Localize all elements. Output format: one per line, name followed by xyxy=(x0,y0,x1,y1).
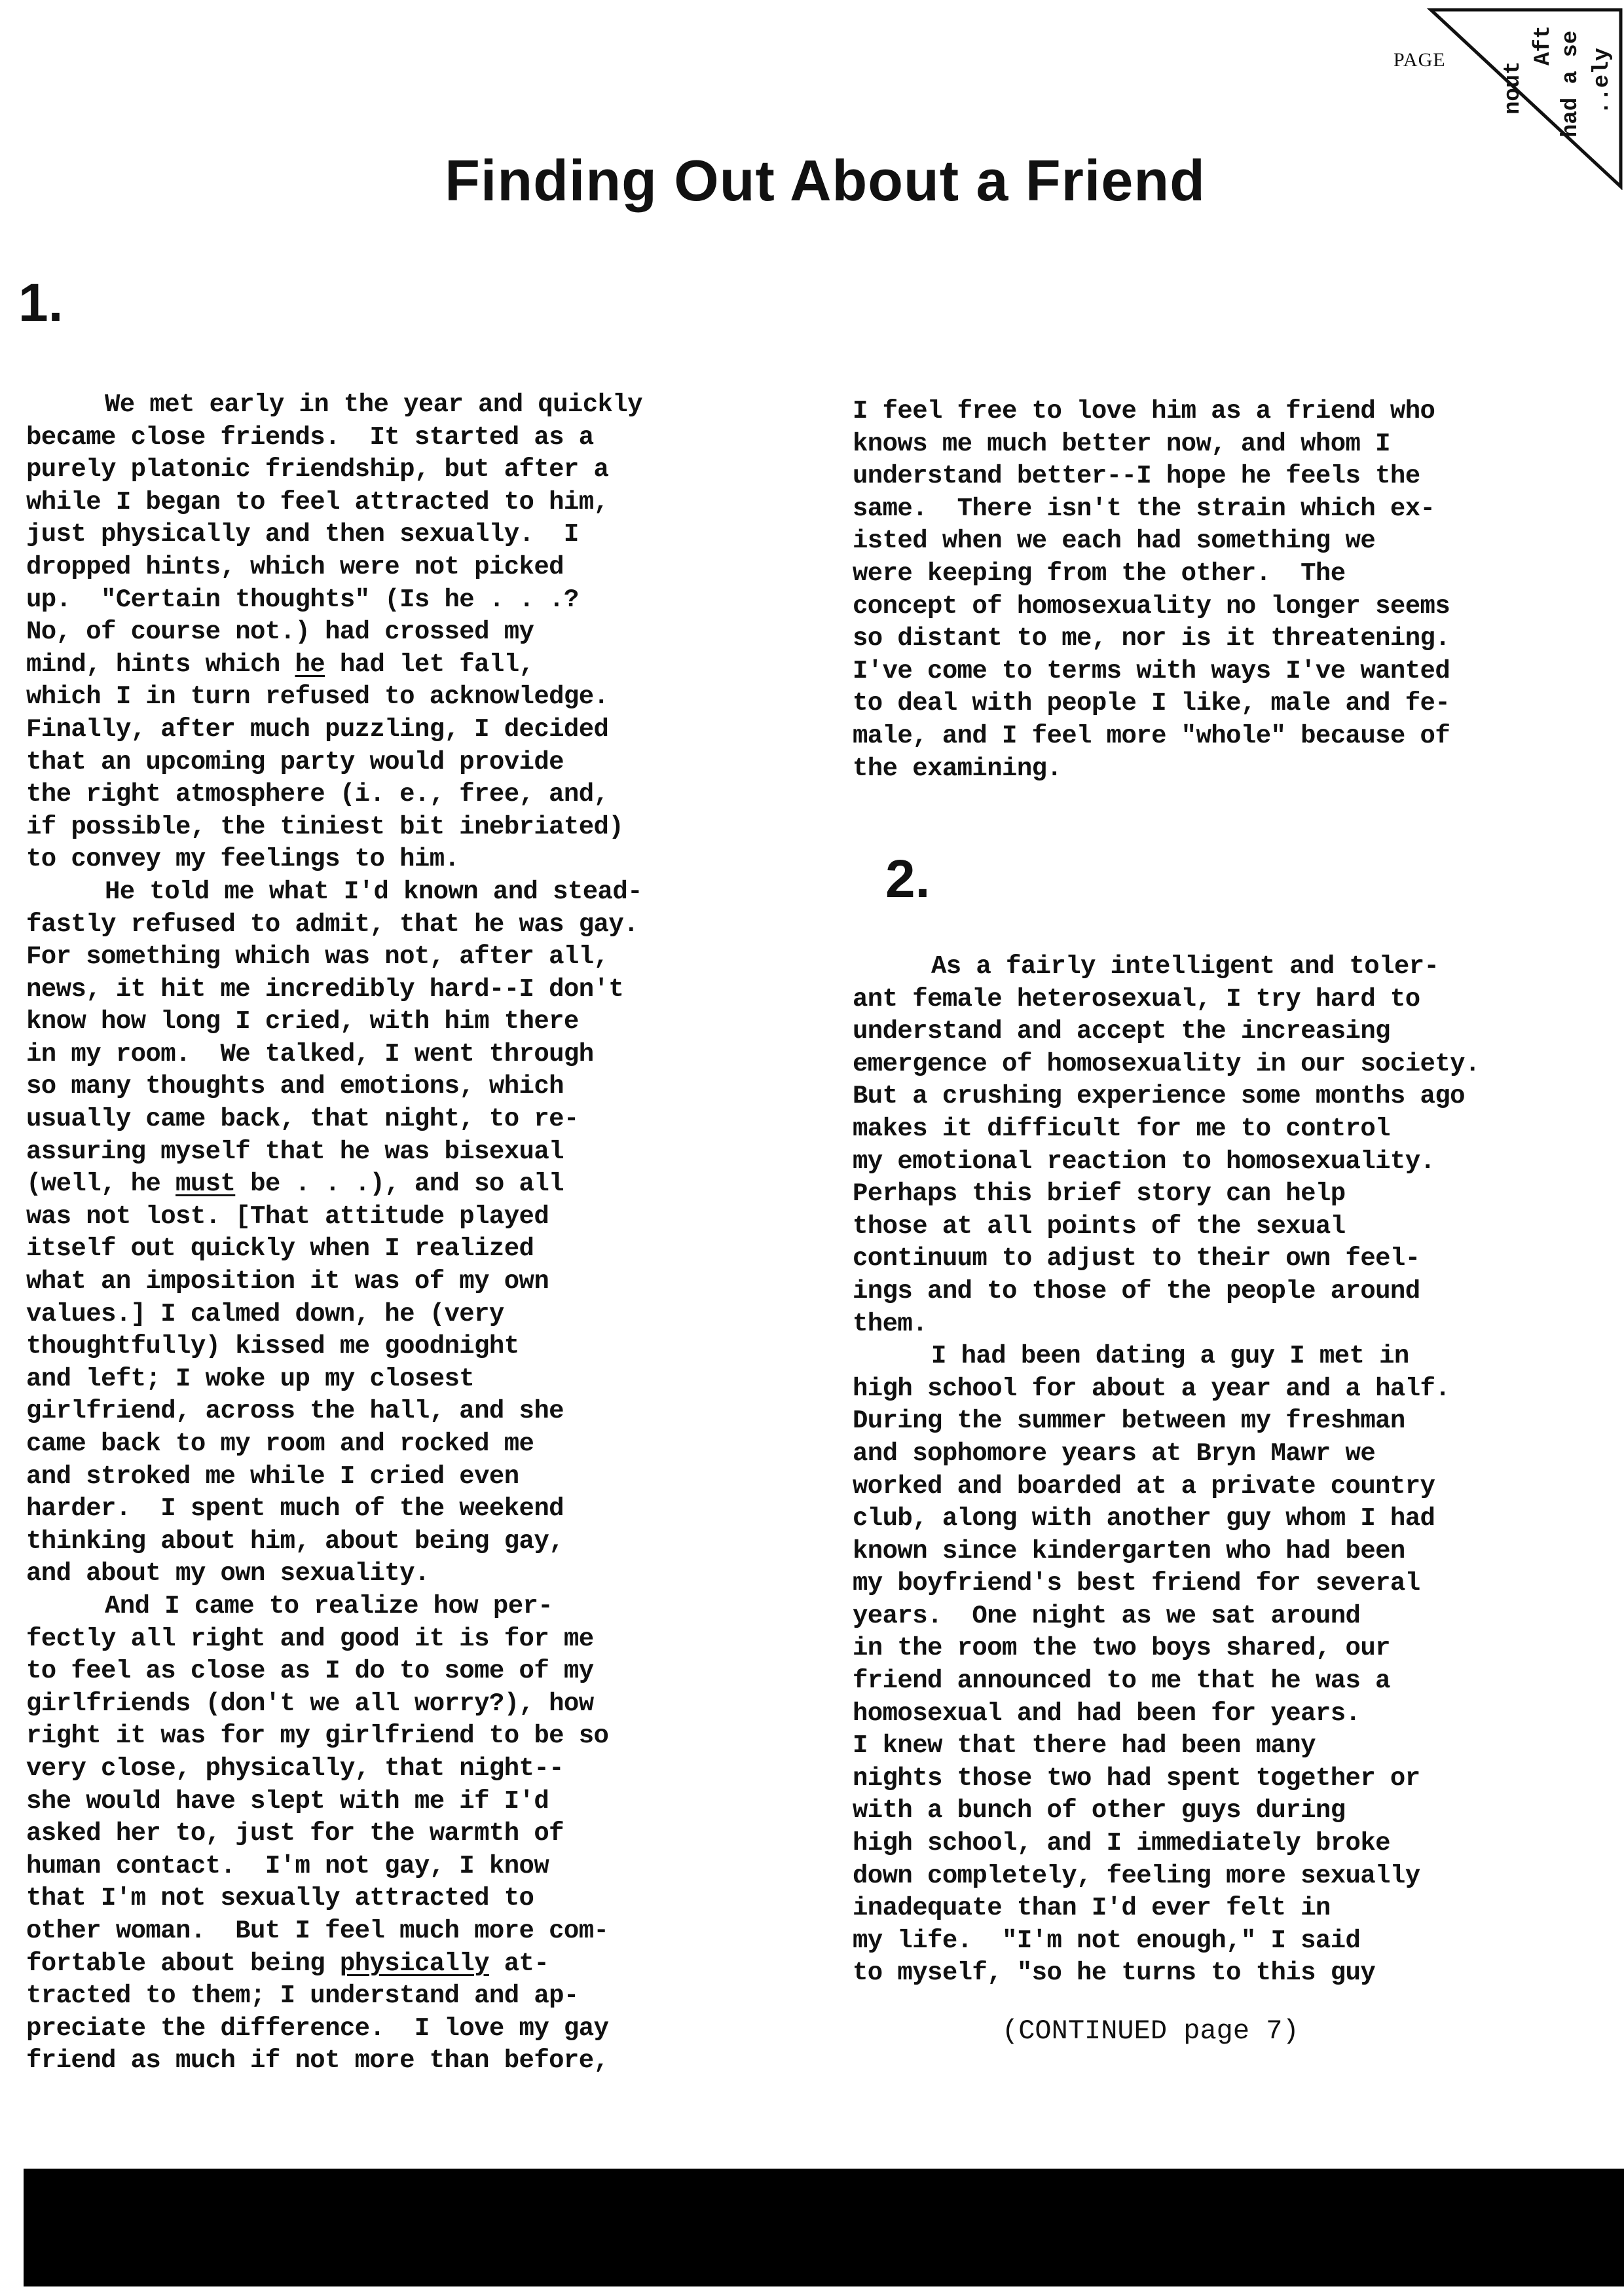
text-line: continuum to adjust to their own feel- xyxy=(853,1243,1480,1276)
text-line: human contact. I'm not gay, I know xyxy=(26,1850,642,1883)
text-line: fectly all right and good it is for me xyxy=(26,1623,642,1656)
text-line: years. One night as we sat around xyxy=(853,1600,1480,1633)
text-line: were keeping from the other. The xyxy=(853,558,1450,591)
underlined-word: he xyxy=(295,650,325,679)
text-line: values.] I calmed down, he (very xyxy=(26,1298,642,1331)
text-line: was not lost. [That attitude played xyxy=(26,1201,642,1234)
section-number-1: 1. xyxy=(18,276,63,330)
underlined-word: physically xyxy=(340,1949,489,1978)
page-label: PAGE xyxy=(1393,49,1446,71)
text-line: Finally, after much puzzling, I decided xyxy=(26,714,642,746)
text-line: I had been dating a guy I met in xyxy=(853,1340,1480,1373)
text-line: understand better--I hope he feels the xyxy=(853,460,1450,493)
left-column-text: We met early in the year and quicklybeca… xyxy=(26,389,642,2078)
text-line: girlfriends (don't we all worry?), how xyxy=(26,1688,642,1721)
text-line: purely platonic friendship, but after a xyxy=(26,454,642,487)
text-line: high school, and I immediately broke xyxy=(853,1827,1480,1860)
text-line: fortable about being physically at- xyxy=(26,1948,642,1981)
text-line: assuring myself that he was bisexual xyxy=(26,1136,642,1169)
continued-note: (CONTINUED page 7) xyxy=(1002,2015,1299,2047)
text-line: friend as much if not more than before, xyxy=(26,2045,642,2078)
text-line: homosexual and had been for years. xyxy=(853,1698,1480,1731)
page-title: Finding Out About a Friend xyxy=(0,147,1624,214)
corner-fold-text-4: ..ely xyxy=(1590,48,1615,115)
text-line: He told me what I'd known and stead- xyxy=(26,876,642,909)
text-line: so distant to me, nor is it threatening. xyxy=(853,623,1450,655)
corner-fold-text-3: had a se xyxy=(1559,31,1583,138)
text-line: nights those two had spent together or xyxy=(853,1763,1480,1795)
section-number-2: 2. xyxy=(885,853,930,906)
text-line: tracted to them; I understand and ap- xyxy=(26,1980,642,2013)
text-line: concept of homosexuality no longer seems xyxy=(853,591,1450,623)
text-line: the examining. xyxy=(853,753,1450,786)
text-line: them. xyxy=(853,1308,1480,1341)
right-column-section-2-text: As a fairly intelligent and toler-ant fe… xyxy=(853,951,1480,1990)
text-line: that I'm not sexually attracted to xyxy=(26,1882,642,1915)
corner-fold-text-1: nout xyxy=(1501,61,1526,115)
text-line: known since kindergarten who had been xyxy=(853,1535,1480,1568)
text-line: with a bunch of other guys during xyxy=(853,1795,1480,1827)
text-line: to feel as close as I do to some of my xyxy=(26,1655,642,1688)
text-line: know how long I cried, with him there xyxy=(26,1006,642,1038)
text-line: to myself, "so he turns to this guy xyxy=(853,1957,1480,1990)
text-line: right it was for my girlfriend to be so xyxy=(26,1720,642,1753)
text-line: to convey my feelings to him. xyxy=(26,843,642,876)
text-line: understand and accept the increasing xyxy=(853,1016,1480,1048)
text-line: just physically and then sexually. I xyxy=(26,519,642,551)
text-line: what an imposition it was of my own xyxy=(26,1266,642,1298)
text-line: No, of course not.) had crossed my xyxy=(26,616,642,649)
text-line: if possible, the tiniest bit inebriated) xyxy=(26,811,642,844)
text-line: news, it hit me incredibly hard--I don't xyxy=(26,974,642,1006)
text-line: male, and I feel more "whole" because of xyxy=(853,720,1450,753)
text-line: ant female heterosexual, I try hard to xyxy=(853,983,1480,1016)
text-line: to deal with people I like, male and fe- xyxy=(853,688,1450,720)
text-line: while I began to feel attracted to him, xyxy=(26,487,642,519)
text-line: in my room. We talked, I went through xyxy=(26,1038,642,1071)
text-line: fastly refused to admit, that he was gay… xyxy=(26,909,642,942)
text-line: those at all points of the sexual xyxy=(853,1211,1480,1243)
text-line: asked her to, just for the warmth of xyxy=(26,1818,642,1850)
text-line: other woman. But I feel much more com- xyxy=(26,1915,642,1948)
text-line: We met early in the year and quickly xyxy=(26,389,642,422)
text-line: makes it difficult for me to control xyxy=(853,1113,1480,1146)
text-line: itself out quickly when I realized xyxy=(26,1233,642,1266)
text-line: inadequate than I'd ever felt in xyxy=(853,1892,1480,1925)
text-line: and about my own sexuality. xyxy=(26,1558,642,1590)
text-line: But a crushing experience some months ag… xyxy=(853,1080,1480,1113)
text-line: And I came to realize how per- xyxy=(26,1590,642,1623)
text-line: dropped hints, which were not picked xyxy=(26,551,642,584)
text-line: preciate the difference. I love my gay xyxy=(26,2013,642,2046)
right-column-section-1-end: I feel free to love him as a friend whok… xyxy=(853,395,1450,785)
text-line: thoughtfully) kissed me goodnight xyxy=(26,1331,642,1363)
text-line: very close, physically, that night-- xyxy=(26,1753,642,1786)
text-line: my life. "I'm not enough," I said xyxy=(853,1925,1480,1958)
text-line: up. "Certain thoughts" (Is he . . .? xyxy=(26,584,642,617)
text-line: usually came back, that night, to re- xyxy=(26,1103,642,1136)
text-line: so many thoughts and emotions, which xyxy=(26,1071,642,1103)
text-line: the right atmosphere (i. e., free, and, xyxy=(26,779,642,811)
text-line: For something which was not, after all, xyxy=(26,941,642,974)
text-line: became close friends. It started as a xyxy=(26,422,642,454)
text-line: and left; I woke up my closest xyxy=(26,1363,642,1396)
text-line: girlfriend, across the hall, and she xyxy=(26,1395,642,1428)
text-line: thinking about him, about being gay, xyxy=(26,1526,642,1558)
text-line: club, along with another guy whom I had xyxy=(853,1503,1480,1535)
text-line: friend announced to me that he was a xyxy=(853,1665,1480,1698)
text-line: During the summer between my freshman xyxy=(853,1405,1480,1438)
text-line: that an upcoming party would provide xyxy=(26,746,642,779)
text-line: isted when we each had something we xyxy=(853,525,1450,558)
text-line: emergence of homosexuality in our societ… xyxy=(853,1048,1480,1081)
text-line: harder. I spent much of the weekend xyxy=(26,1493,642,1526)
text-line: same. There isn't the strain which ex- xyxy=(853,493,1450,526)
text-line: As a fairly intelligent and toler- xyxy=(853,951,1480,983)
text-line: my emotional reaction to homosexuality. xyxy=(853,1146,1480,1179)
text-line: my boyfriend's best friend for several xyxy=(853,1568,1480,1600)
underlined-word: must xyxy=(175,1169,235,1198)
scan-black-bar xyxy=(24,2169,1624,2286)
text-line: I've come to terms with ways I've wanted xyxy=(853,655,1450,688)
text-line: mind, hints which he had let fall, xyxy=(26,649,642,682)
corner-fold-text-2: Aft xyxy=(1531,26,1556,65)
text-line: I knew that there had been many xyxy=(853,1730,1480,1763)
text-line: (well, he must be . . .), and so all xyxy=(26,1168,642,1201)
text-line: I feel free to love him as a friend who xyxy=(853,395,1450,428)
text-line: high school for about a year and a half. xyxy=(853,1373,1480,1406)
text-line: in the room the two boys shared, our xyxy=(853,1632,1480,1665)
text-line: she would have slept with me if I'd xyxy=(26,1786,642,1818)
text-line: and sophomore years at Bryn Mawr we xyxy=(853,1438,1480,1471)
text-line: came back to my room and rocked me xyxy=(26,1428,642,1461)
text-line: and stroked me while I cried even xyxy=(26,1461,642,1494)
text-line: Perhaps this brief story can help xyxy=(853,1178,1480,1211)
text-line: down completely, feeling more sexually xyxy=(853,1860,1480,1893)
text-line: ings and to those of the people around xyxy=(853,1276,1480,1308)
text-line: knows me much better now, and whom I xyxy=(853,428,1450,461)
text-line: which I in turn refused to acknowledge. xyxy=(26,681,642,714)
text-line: worked and boarded at a private country xyxy=(853,1471,1480,1503)
